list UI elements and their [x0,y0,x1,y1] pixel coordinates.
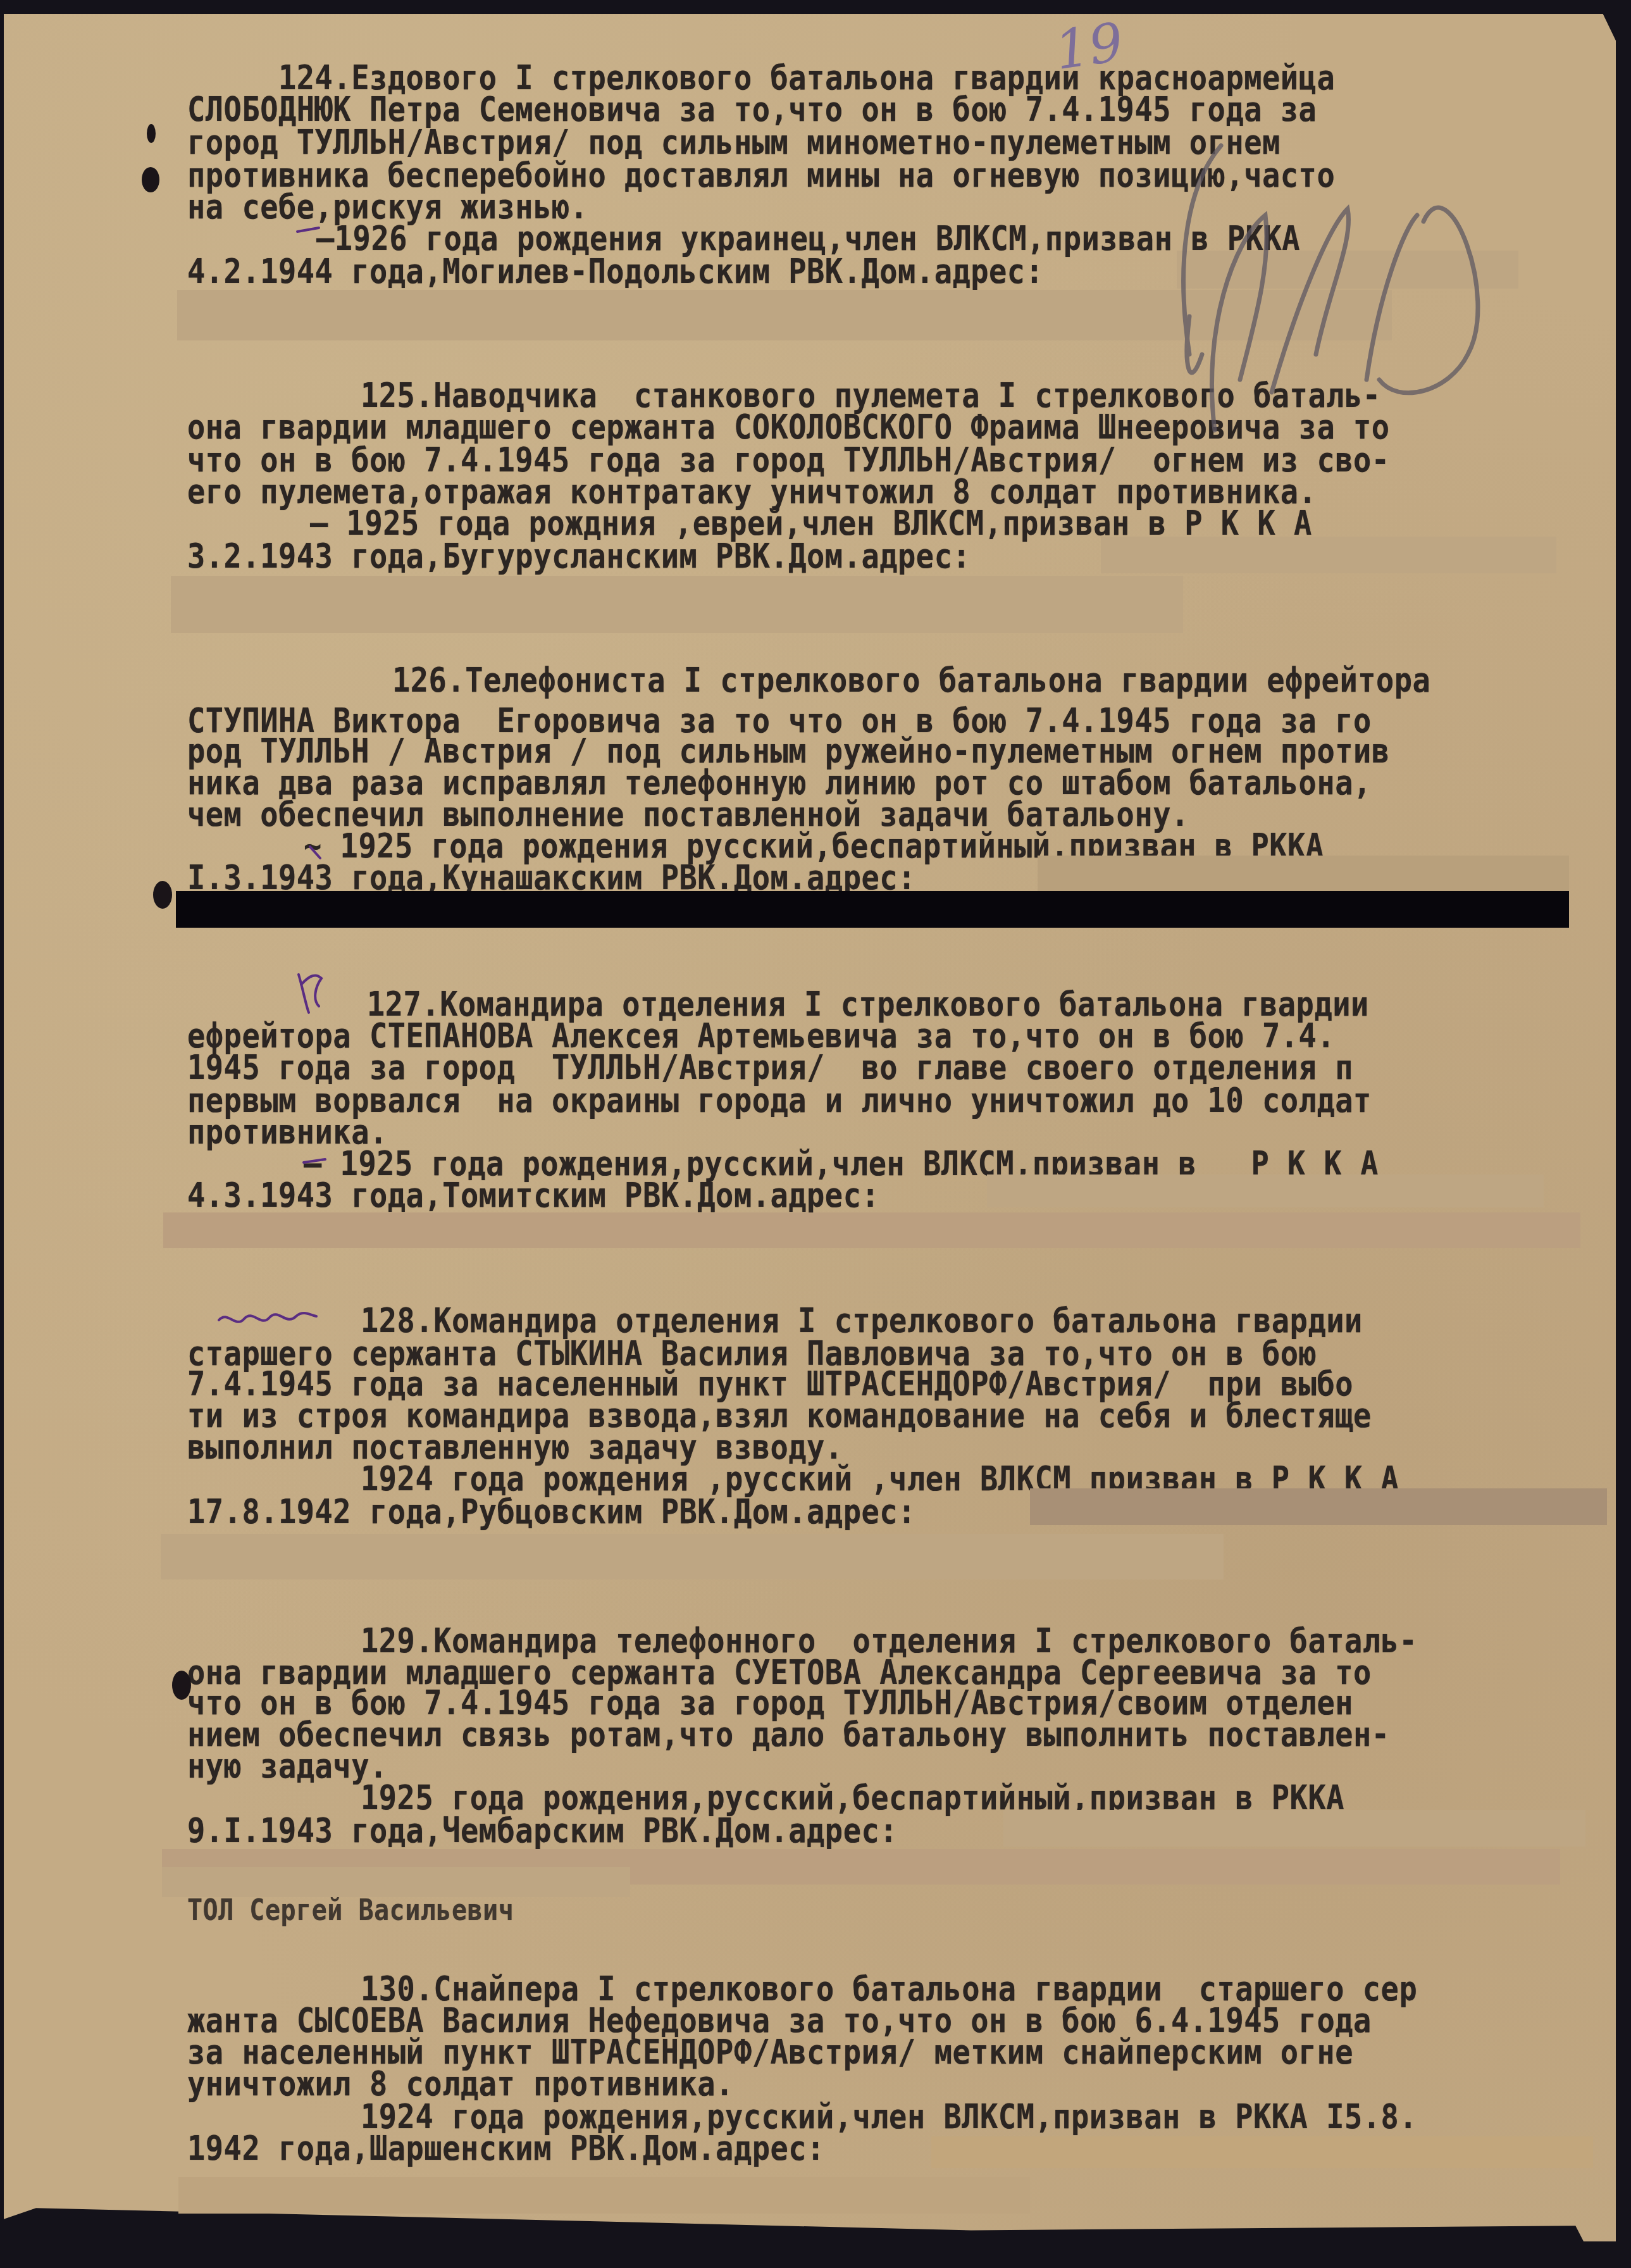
entry-line: она гвардии младшего сержанта СОКОЛОВСКО… [187,410,1390,444]
entry-line: 1945 года за город ТУЛЛЬН/Австрия/ во гл… [187,1050,1353,1085]
redacted-address [987,1174,1544,1207]
entry-line: уничтожил 8 солдат противника. [187,2067,734,2101]
bio-line: 9.I.1943 года,Чембарским РВК.Дом.адрес: [187,1814,898,1848]
redacted-address [163,1212,1580,1248]
trailing-fragment: ТОЛ Сергей Васильевич [187,1896,514,1925]
bio-line: — 1925 года рождния ,еврей,член ВЛКСМ,пр… [310,506,1312,540]
entry-line: СЛОБОДНЮК Петра Семеновича за то,что он … [187,92,1317,127]
redacted-address [1038,856,1569,892]
binding-hole [147,124,156,143]
redacted-address [161,1534,1224,1579]
redacted-address [178,2177,1030,2214]
entry-line: 128.Командира отделения I стрелкового ба… [361,1304,1363,1338]
binding-hole [172,1671,191,1700]
bio-line: —1926 года рождения украинец,член ВЛКСМ,… [316,221,1300,256]
bio-line: 17.8.1942 года,Рубцовским РВК.Дом.адрес: [187,1495,916,1529]
entry-line: 126.Телефониста I стрелкового батальона … [392,663,1430,697]
redacted-address [1101,537,1556,573]
entry-line: город ТУЛЛЬН/Австрия/ под сильным миноме… [187,125,1281,159]
document-text: 124.Ездового I стрелкового батальона гва… [0,0,1631,2268]
redacted-address [171,576,1183,633]
redaction-bar [176,891,1569,928]
bio-line: I.3.1943 года,Кунашакским РВК.Дом.адрес: [187,861,916,895]
binding-hole [142,167,159,192]
bio-line: 4.3.1943 года,Томитским РВК.Дом.адрес: [187,1178,879,1212]
bio-line: 1942 года,Шаршенским РВК.Дом.адрес: [187,2131,825,2165]
entry-line: ную задачу. [187,1749,388,1783]
handwritten-page-number: 19 [1051,11,1127,82]
redacted-address [931,2136,1593,2168]
bio-line: 4.2.1944 года,Могилев-Подольским РВК.Дом… [187,254,1043,289]
binding-hole [153,881,172,909]
redacted-address [162,1867,630,1897]
redacted-address [1003,1810,1585,1847]
bio-line: 3.2.1943 года,Бугурусланским РВК.Дом.адр… [187,539,971,573]
redacted-address [177,290,1392,340]
redacted-address [1177,251,1518,289]
redacted-address [1030,1488,1607,1525]
